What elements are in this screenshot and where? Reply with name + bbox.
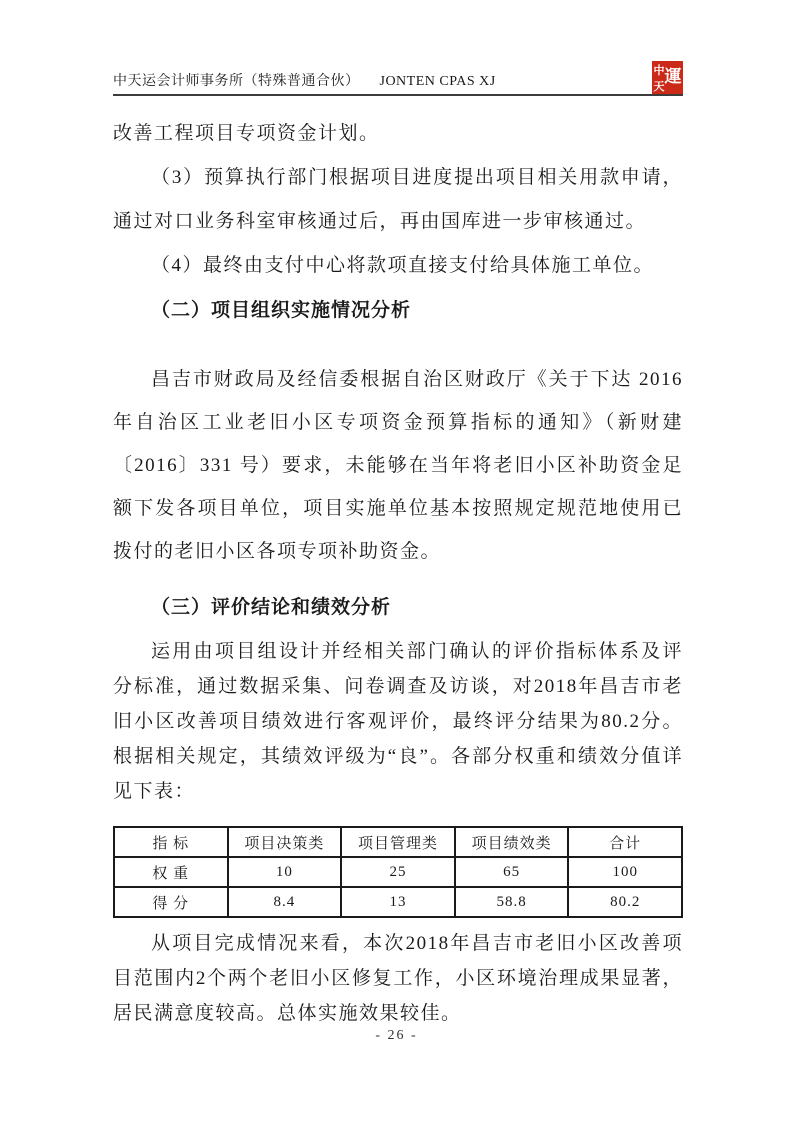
table-cell: 8.4 [228,887,342,917]
table-header-cell: 指 标 [114,827,228,857]
table-cell: 80.2 [568,887,682,917]
table-header-row: 指 标 项目决策类 项目管理类 项目绩效类 合计 [114,827,682,857]
table-cell: 100 [568,857,682,887]
document-body: 改善工程项目专项资金计划。 （3）预算执行部门根据项目进度提出项目相关用款申请，… [113,0,683,1031]
table-cell: 得 分 [114,887,228,917]
document-page: 中天运会计师事务所（特殊普通合伙） JONTEN CPAS XJ 中 天 運 改… [0,0,793,1122]
paragraph-continuation: 改善工程项目专项资金计划。 [113,112,683,156]
table-cell: 13 [341,887,455,917]
page-number: - 26 - [0,1028,793,1044]
table-cell: 58.8 [455,887,569,917]
table-cell: 10 [228,857,342,887]
table-cell: 65 [455,857,569,887]
paragraph-completion-summary: 从项目完成情况来看，本次2018年昌吉市老旧小区改善项目范围内2个两个老旧小区修… [113,926,683,1031]
table-cell: 25 [341,857,455,887]
paragraph-item-4: （4）最终由支付中心将款项直接支付给具体施工单位。 [113,244,683,288]
section-heading-3: （三）评价结论和绩效分析 [113,595,683,621]
table-row-weight: 权 重 10 25 65 100 [114,857,682,887]
paragraph-implementation-analysis: 昌吉市财政局及经信委根据自治区财政厅《关于下达 2016 年自治区工业老旧小区专… [113,358,683,573]
table-row-score: 得 分 8.4 13 58.8 80.2 [114,887,682,917]
table-cell: 权 重 [114,857,228,887]
paragraph-item-3: （3）预算执行部门根据项目进度提出项目相关用款申请，通过对口业务科室审核通过后，… [113,156,683,244]
score-weight-table: 指 标 项目决策类 项目管理类 项目绩效类 合计 权 重 10 25 65 10… [113,826,683,918]
table-header-cell: 项目决策类 [228,827,342,857]
paragraph-evaluation-conclusion: 运用由项目组设计并经相关部门确认的评价指标体系及评分标准，通过数据采集、问卷调查… [113,634,683,809]
table-header-cell: 项目管理类 [341,827,455,857]
table-header-cell: 项目绩效类 [455,827,569,857]
table-header-cell: 合计 [568,827,682,857]
section-heading-2: （二）项目组织实施情况分析 [113,298,683,324]
